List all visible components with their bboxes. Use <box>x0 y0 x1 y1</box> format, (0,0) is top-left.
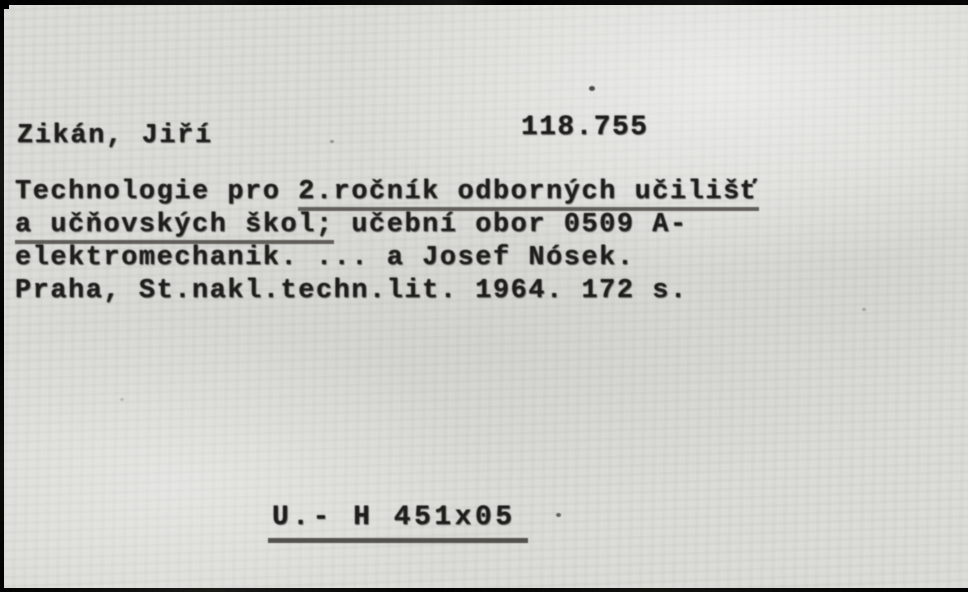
catalog-card-scan: Zikán, Jiří 118.755 Technologie pro 2.ro… <box>0 0 968 592</box>
author-name: Zikán, Jiří <box>17 121 213 151</box>
call-number: 118.755 <box>521 112 648 143</box>
ink-speck <box>862 308 866 311</box>
title-line-1-underlined-text: 2.ročník odborných učilišť <box>298 177 758 211</box>
shelf-mark: U.- H 451x05 <box>272 502 528 543</box>
shelf-mark-text: U.- H 451x05 <box>268 502 528 543</box>
ink-speck <box>120 398 124 401</box>
scan-edge-corner <box>0 0 9 9</box>
title-line-2-text: učební obor 0509 A- <box>334 210 688 240</box>
ink-speck <box>589 86 595 91</box>
scan-edge-bottom <box>0 588 968 592</box>
title-line-2: a učňovských škol; učební obor 0509 A- <box>15 209 845 242</box>
ink-speck <box>556 513 561 517</box>
title-block: Technologie pro 2.ročník odborných učili… <box>15 176 845 308</box>
title-line-3: elektromechanik. ... a Josef Nósek. <box>15 242 845 275</box>
ink-speck <box>330 140 334 143</box>
title-line-2-underlined-text: a učňovských škol; <box>15 210 334 244</box>
scan-edge-top <box>0 0 968 5</box>
title-line-1: Technologie pro 2.ročník odborných učili… <box>15 176 845 209</box>
title-line-4: Praha, St.nakl.techn.lit. 1964. 172 s. <box>15 275 845 308</box>
scan-edge-left <box>0 0 4 592</box>
title-line-1-text: Technologie pro <box>15 177 298 207</box>
